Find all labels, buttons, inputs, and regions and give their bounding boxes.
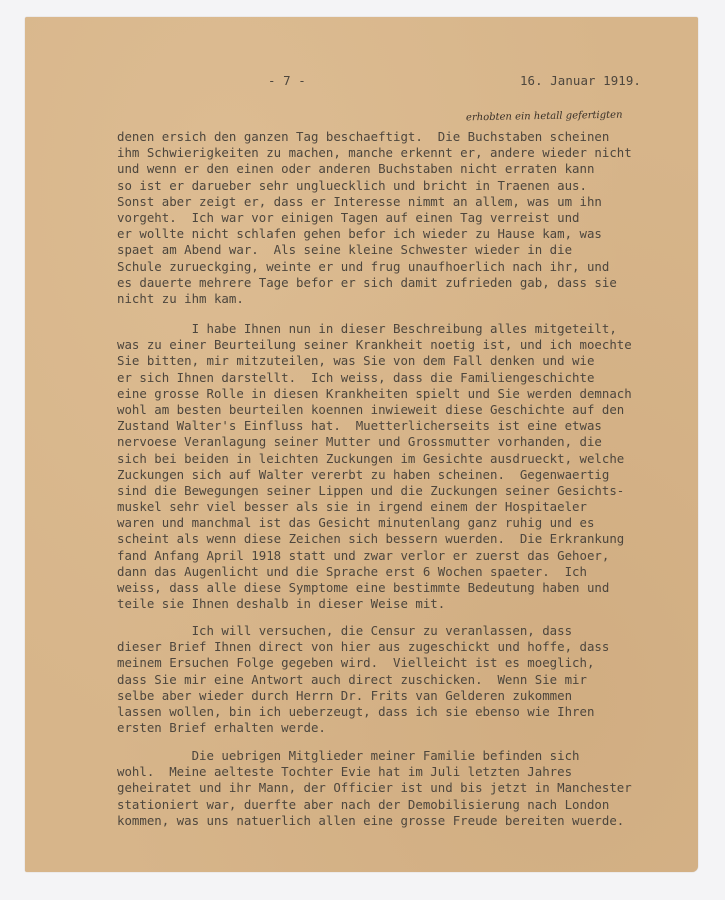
text-line: spaet am Abend war. Als seine kleine Sch… <box>117 242 697 258</box>
text-line: geheiratet und ihr Mann, der Officier is… <box>117 780 697 796</box>
text-line: nervoese Veranlagung seiner Mutter und G… <box>117 434 697 450</box>
text-line: wohl. Meine aelteste Tochter Evie hat im… <box>117 764 697 780</box>
paragraph-3: Ich will versuchen, die Censur zu veranl… <box>117 623 697 736</box>
text-line: denen ersich den ganzen Tag beschaeftigt… <box>117 129 697 145</box>
text-line: dieser Brief Ihnen direct von hier aus z… <box>117 639 697 655</box>
text-line: Die uebrigen Mitglieder meiner Familie b… <box>117 748 697 764</box>
page-number: - 7 - <box>268 73 306 88</box>
text-line: muskel sehr viel besser als sie in irgen… <box>117 499 697 515</box>
text-line: Zuckungen sich auf Walter vererbt zu hab… <box>117 467 697 483</box>
text-line: waren und manchmal ist das Gesicht minut… <box>117 515 697 531</box>
text-line: vorgeht. Ich war vor einigen Tagen auf e… <box>117 210 697 226</box>
text-line: weiss, dass alle diese Symptome eine bes… <box>117 580 697 596</box>
text-line: sind die Bewegungen seiner Lippen und di… <box>117 483 697 499</box>
text-line: so ist er darueber sehr ungluecklich und… <box>117 178 697 194</box>
text-line: dass Sie mir eine Antwort auch direct zu… <box>117 672 697 688</box>
text-line: Sie bitten, mir mitzuteilen, was Sie von… <box>117 353 697 369</box>
text-line: und wenn er den einen oder anderen Buchs… <box>117 161 697 177</box>
paragraph-2: I habe Ihnen nun in dieser Beschreibung … <box>117 321 697 612</box>
text-line: Ich will versuchen, die Censur zu veranl… <box>117 623 697 639</box>
text-line: sich bei beiden in leichten Zuckungen im… <box>117 451 697 467</box>
text-line: nicht zu ihm kam. <box>117 291 697 307</box>
paragraph-1: denen ersich den ganzen Tag beschaeftigt… <box>117 129 697 307</box>
text-line: lassen wollen, bin ich ueberzeugt, dass … <box>117 704 697 720</box>
paragraph-4: Die uebrigen Mitglieder meiner Familie b… <box>117 748 697 829</box>
text-line: was zu einer Beurteilung seiner Krankhei… <box>117 337 697 353</box>
text-line: es dauerte mehrere Tage befor er sich da… <box>117 275 697 291</box>
text-line: Schule zurueckging, weinte er und frug u… <box>117 259 697 275</box>
text-line: eine grosse Rolle in diesen Krankheiten … <box>117 386 697 402</box>
text-line: meinem Ersuchen Folge gegeben wird. Viel… <box>117 655 697 671</box>
text-line: teile sie Ihnen deshalb in dieser Weise … <box>117 596 697 612</box>
text-line: scheint als wenn diese Zeichen sich bess… <box>117 531 697 547</box>
text-line: er sich Ihnen darstellt. Ich weiss, dass… <box>117 370 697 386</box>
text-line: wohl am besten beurteilen koennen inwiew… <box>117 402 697 418</box>
text-line: Sonst aber zeigt er, dass er Interesse n… <box>117 194 697 210</box>
text-line: fand Anfang April 1918 statt und zwar ve… <box>117 548 697 564</box>
text-line: er wollte nicht schlafen gehen befor ich… <box>117 226 697 242</box>
text-line: stationiert war, duerfte aber nach der D… <box>117 797 697 813</box>
text-line: Zustand Walter's Einfluss hat. Muetterli… <box>117 418 697 434</box>
text-line: I habe Ihnen nun in dieser Beschreibung … <box>117 321 697 337</box>
text-line: dann das Augenlicht und die Sprache erst… <box>117 564 697 580</box>
text-line: kommen, was uns natuerlich allen eine gr… <box>117 813 697 829</box>
letter-date: 16. Januar 1919. <box>520 73 641 88</box>
text-line: ersten Brief erhalten werde. <box>117 720 697 736</box>
text-line: ihm Schwierigkeiten zu machen, manche er… <box>117 145 697 161</box>
text-line: selbe aber wieder durch Herrn Dr. Frits … <box>117 688 697 704</box>
